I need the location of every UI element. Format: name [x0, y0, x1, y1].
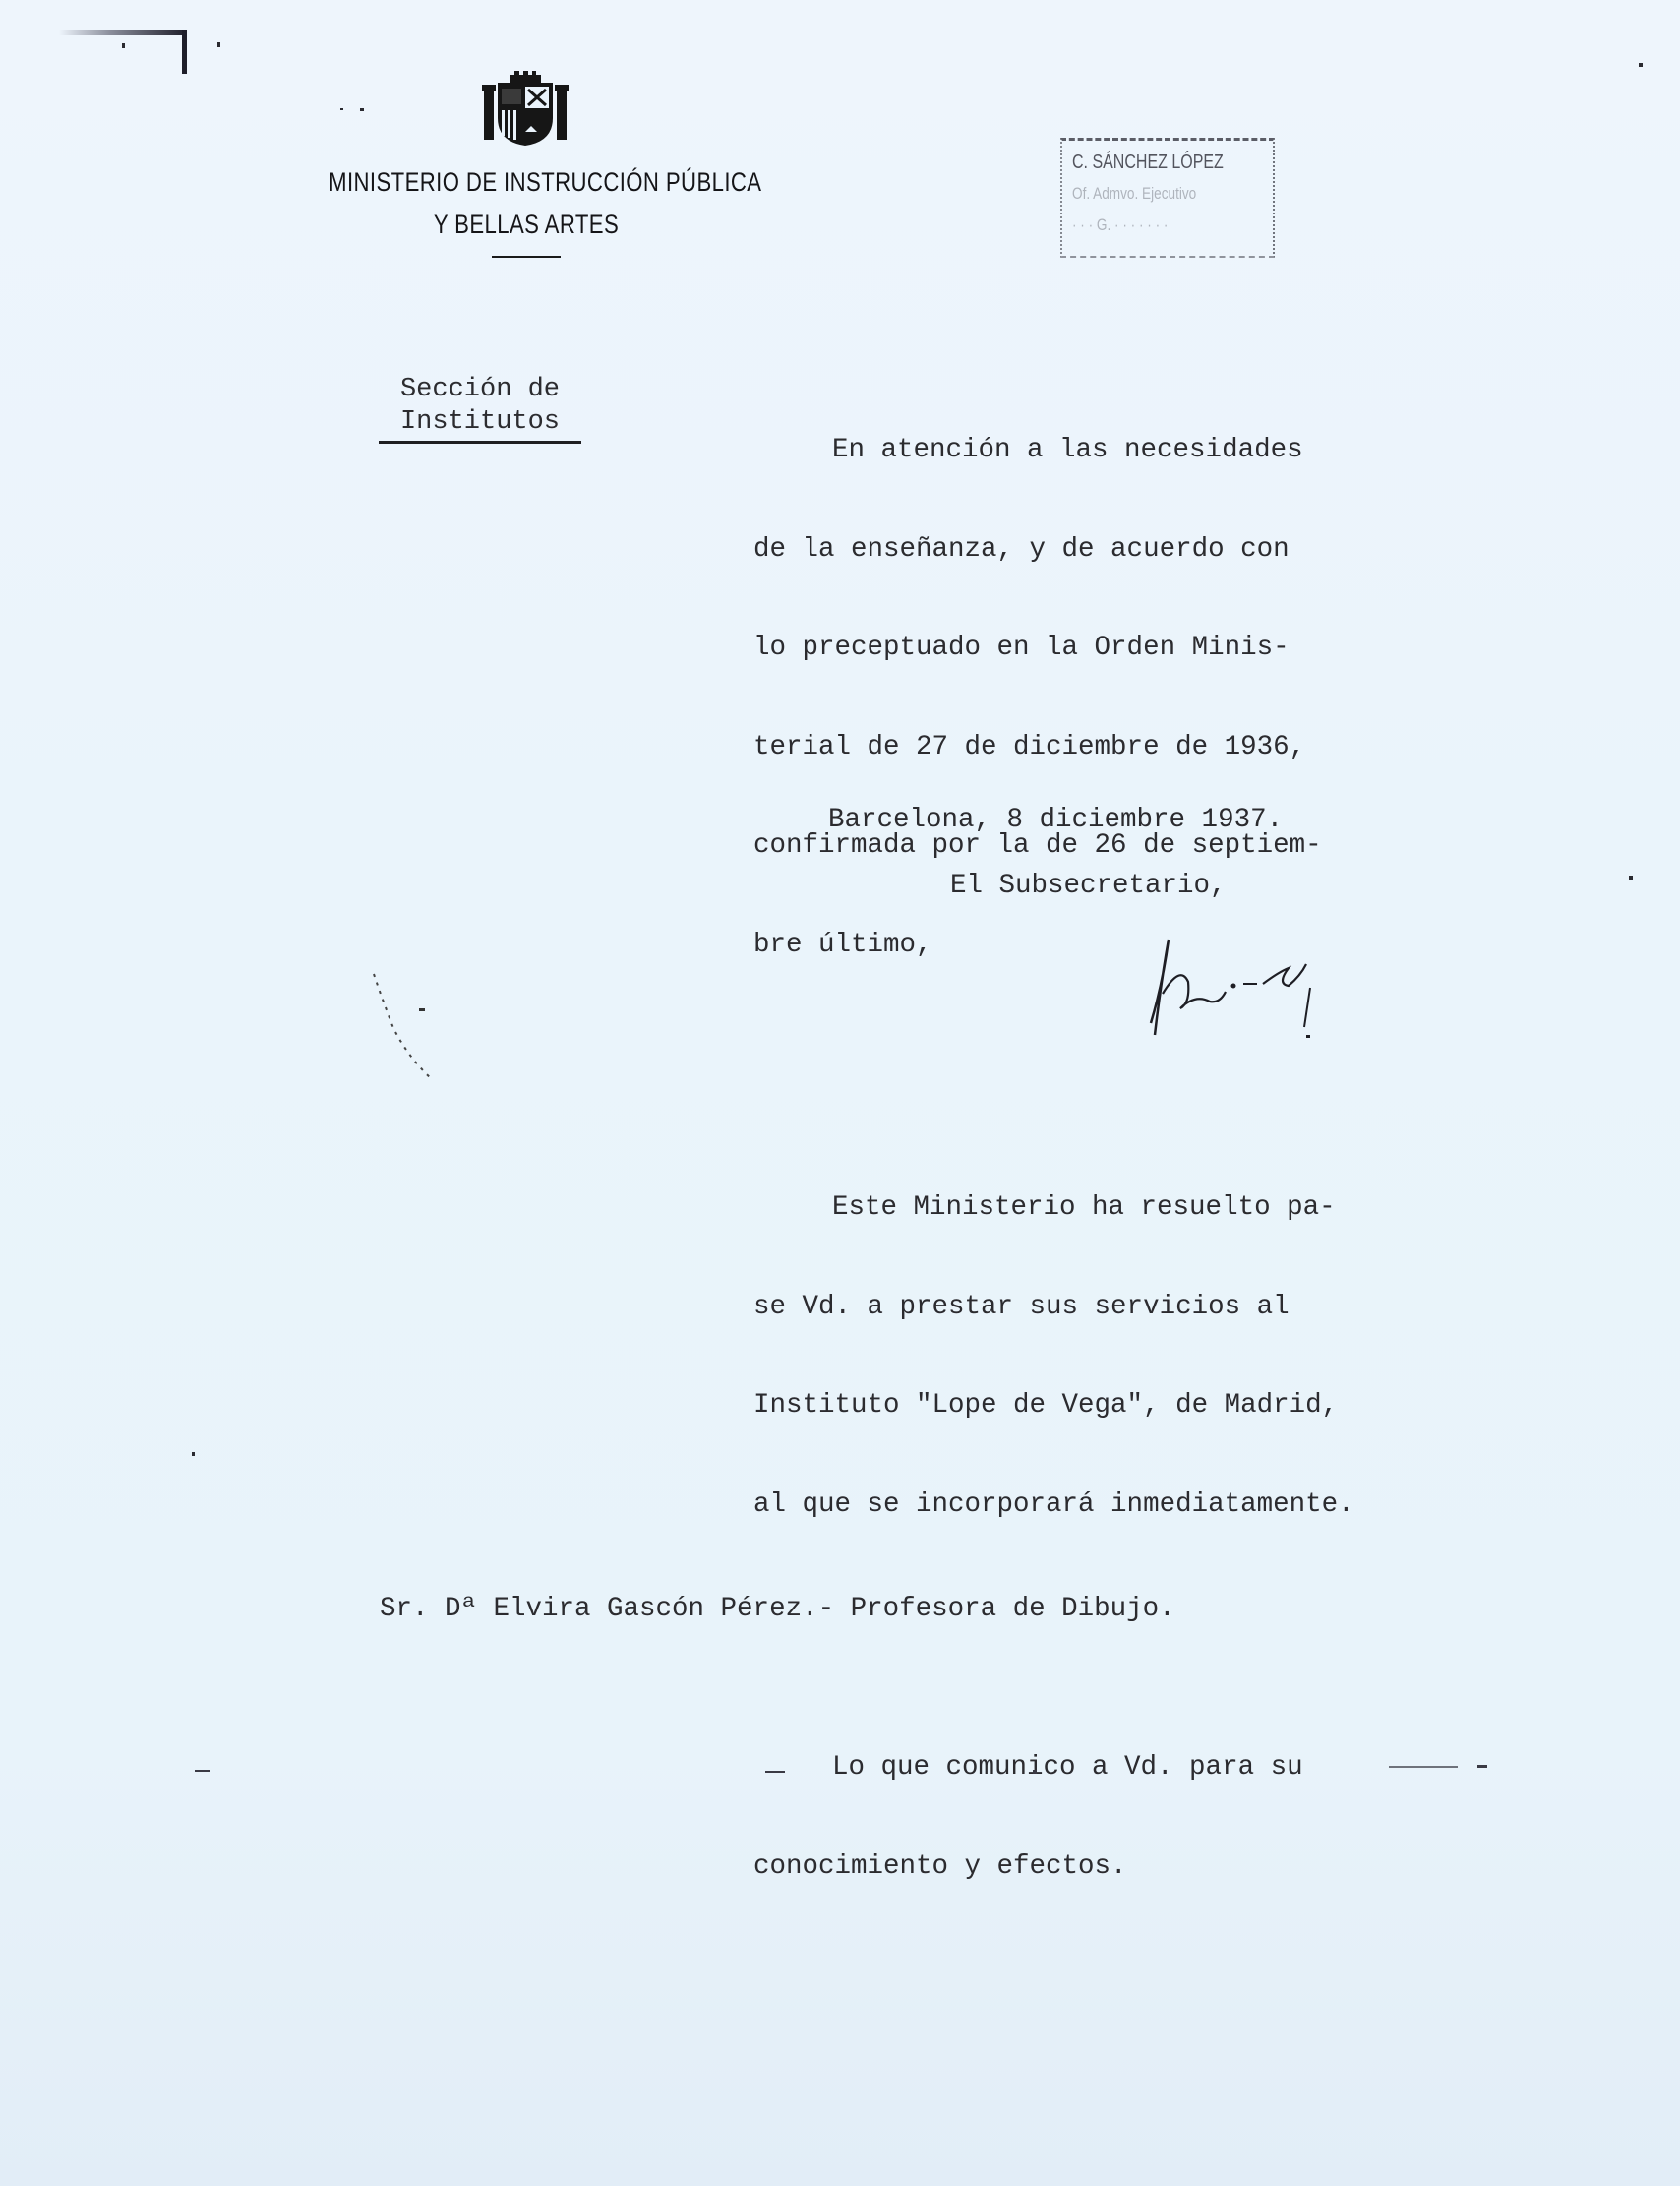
body-line: Instituto "Lope de Vega", de Madrid,	[753, 1389, 1501, 1423]
paragraph-3: Lo que comunico a Vd. para su conocimien…	[753, 1685, 1501, 1949]
body-line: terial de 27 de diciembre de 1936,	[753, 731, 1501, 764]
scan-speck	[360, 108, 364, 111]
body-line: En atención a las necesidades	[753, 434, 1501, 467]
ministry-letterhead: MINISTERIO DE INSTRUCCIÓN PÚBLICA Y BELL…	[285, 167, 767, 258]
stamp-line-1: C. SÁNCHEZ LÓPEZ	[1072, 147, 1225, 178]
scan-edge-mark	[1477, 1765, 1487, 1768]
scan-speck	[217, 42, 220, 47]
scan-corner-mark	[59, 30, 187, 74]
letter-body: En atención a las necesidades de la ense…	[753, 302, 1501, 2047]
scan-edge-mark	[195, 1770, 210, 1772]
registry-stamp: C. SÁNCHEZ LÓPEZ Of. Admvo. Ejecutivo · …	[1060, 138, 1275, 258]
ministry-name-line2: Y BELLAS ARTES	[329, 210, 724, 240]
scan-edge-mark	[765, 1771, 785, 1773]
dateline: Barcelona, 8 diciembre 1937.	[828, 805, 1283, 835]
letterhead-rule	[492, 256, 561, 258]
scan-speck	[1629, 876, 1633, 880]
body-line: Este Ministerio ha resuelto pa-	[753, 1191, 1501, 1225]
section-line-2: Institutos	[372, 406, 588, 439]
body-line: conocimiento y efectos.	[753, 1851, 1501, 1884]
signer-title: El Subsecretario,	[950, 871, 1227, 901]
scan-speck	[122, 43, 125, 48]
scan-edge-mark	[1033, 1770, 1037, 1774]
addressee-line: Sr. Dª Elvira Gascón Pérez.- Profesora d…	[380, 1594, 1175, 1624]
scan-speck	[340, 108, 343, 110]
coat-of-arms-icon	[480, 71, 570, 148]
stamp-line-2: Of. Admvo. Ejecutivo	[1072, 178, 1225, 210]
body-line: lo preceptuado en la Orden Minis-	[753, 632, 1501, 665]
section-line-1: Sección de	[372, 374, 588, 406]
scan-edge-mark	[364, 964, 462, 1097]
ministry-name-line1: MINISTERIO DE INSTRUCCIÓN PÚBLICA	[329, 167, 724, 198]
section-underline	[379, 441, 581, 444]
scan-speck	[1639, 63, 1643, 67]
scan-edge-mark	[1389, 1766, 1458, 1768]
body-line: al que se incorporará inmediatamente.	[753, 1488, 1501, 1522]
document-page: MINISTERIO DE INSTRUCCIÓN PÚBLICA Y BELL…	[0, 0, 1680, 2186]
body-line: se Vd. a prestar sus servicios al	[753, 1291, 1501, 1324]
scan-speck	[192, 1452, 195, 1456]
paragraph-2: Este Ministerio ha resuelto pa- se Vd. a…	[753, 1125, 1501, 1587]
stamp-line-3: · · · G. · · · · · · ·	[1072, 210, 1225, 241]
signature-icon	[1141, 925, 1397, 1043]
section-heading: Sección de Institutos	[372, 374, 588, 444]
body-line: de la enseñanza, y de acuerdo con	[753, 533, 1501, 567]
